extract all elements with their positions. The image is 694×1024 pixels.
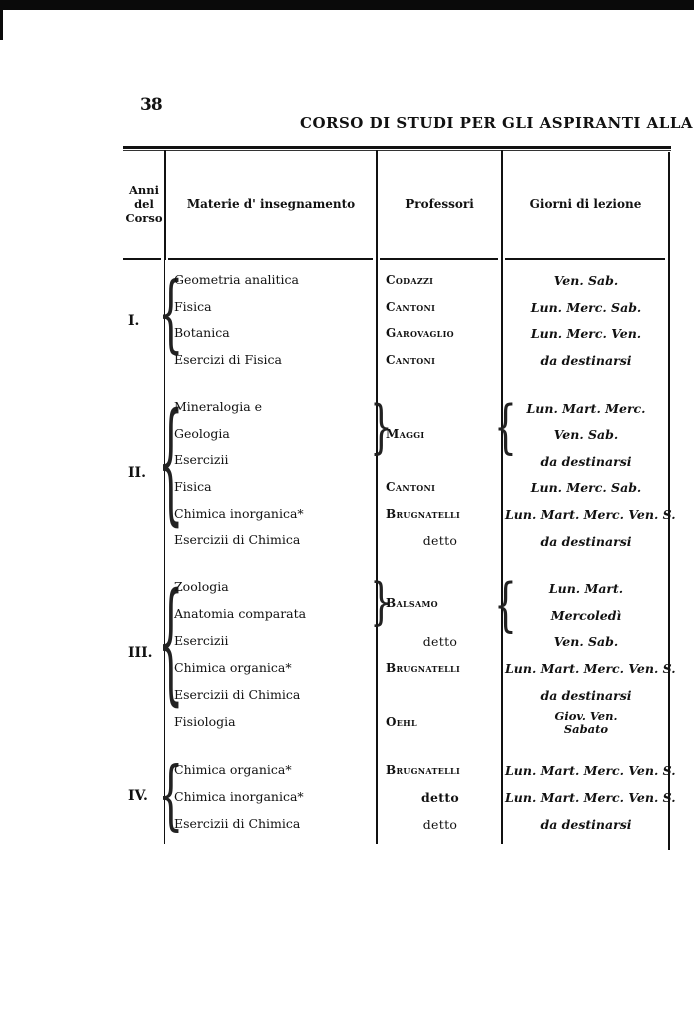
lesson-days: da destinarsi: [505, 454, 667, 469]
lesson-days: Lun. Merc. Ven.: [505, 326, 667, 341]
subject: Chimica organica*: [174, 660, 292, 675]
subject: Anatomia comparata: [174, 606, 306, 621]
subject: Esercizii di Chimica: [174, 687, 300, 702]
lesson-days: Ven. Sab.: [505, 634, 667, 649]
professor: detto: [380, 817, 500, 832]
professor: detto: [380, 634, 500, 649]
year-label: II.: [128, 465, 146, 481]
subject: Esercizii: [174, 452, 229, 467]
professor: Cantoni: [386, 300, 435, 314]
running-head: CORSO DI STUDI PER GLI ASPIRANTI ALLA: [300, 114, 693, 132]
professor: Garovaglio: [386, 326, 454, 340]
subject: Fisica: [174, 299, 212, 314]
header-professori: Professori: [378, 150, 501, 258]
lesson-days: Lun. Merc. Sab.: [505, 480, 667, 495]
header-rule: [123, 258, 161, 260]
page-number: 38: [140, 95, 162, 115]
year-label: IV.: [128, 788, 148, 804]
subject: Fisiologia: [174, 714, 236, 729]
scan-top-edge: [0, 0, 694, 10]
professor: Brugnatelli: [386, 763, 460, 777]
lesson-days: Ven. Sab.: [505, 273, 667, 288]
lesson-days: Mercoledì: [505, 608, 667, 623]
subject: Chimica organica*: [174, 762, 292, 777]
subject: Chimica inorganica*: [174, 506, 304, 521]
header-giorni: Giorni di lezione: [503, 150, 668, 258]
column-divider: [501, 260, 503, 844]
subject: Mineralogia e: [174, 399, 262, 414]
scan-left-edge: [0, 0, 3, 40]
professor: Brugnatelli: [386, 661, 460, 675]
subject: Chimica inorganica*: [174, 789, 304, 804]
header-anni-line: Anni: [125, 183, 162, 197]
header-rule: [168, 258, 373, 260]
lesson-days: da destinarsi: [505, 817, 667, 832]
professor: detto: [380, 533, 500, 548]
lesson-days: Lun. Mart. Merc.: [505, 401, 667, 416]
header-anni-line: del: [125, 197, 162, 211]
header-anni-del-corso: Anni del Corso: [123, 150, 165, 258]
professor: Cantoni: [386, 353, 435, 367]
subject: Botanica: [174, 325, 230, 340]
year-label: I.: [128, 313, 139, 329]
subject: Esercizii di Chimica: [174, 532, 300, 547]
header-rule: [505, 258, 665, 260]
professor: detto: [380, 790, 500, 805]
lesson-days: Lun. Mart.: [505, 581, 667, 596]
professor: Balsamo: [386, 596, 438, 610]
column-divider: [668, 152, 670, 260]
professor: Cantoni: [386, 480, 435, 494]
lesson-days: Lun. Merc. Sab.: [505, 300, 667, 315]
subject: Zoologia: [174, 579, 229, 594]
table-top-rule: [123, 146, 671, 149]
lesson-days: da destinarsi: [505, 534, 667, 549]
subject: Geologia: [174, 426, 230, 441]
lesson-days: da destinarsi: [505, 688, 667, 703]
professor: Brugnatelli: [386, 507, 460, 521]
subject: Fisica: [174, 479, 212, 494]
professor: Oehl: [386, 715, 417, 729]
lesson-days: Ven. Sab.: [505, 427, 667, 442]
header-materie: Materie d' insegnamento: [166, 150, 376, 258]
professor: Maggi: [386, 427, 424, 441]
subject: Esercizii di Chimica: [174, 816, 300, 831]
subject: Geometria analitica: [174, 272, 299, 287]
column-divider: [668, 260, 670, 850]
lesson-days: Lun. Mart. Merc. Ven. S.: [505, 790, 667, 805]
lesson-days: da destinarsi: [505, 353, 667, 368]
subject: Esercizi di Fisica: [174, 352, 282, 367]
lesson-days: Lun. Mart. Merc. Ven. S.: [505, 507, 667, 522]
column-divider: [376, 260, 378, 844]
header-anni-line: Corso: [125, 211, 162, 225]
lesson-days: Lun. Mart. Merc. Ven. S.: [505, 763, 667, 778]
header-rule: [380, 258, 498, 260]
lesson-days: Lun. Mart. Merc. Ven. S.: [505, 661, 667, 676]
year-label: III.: [128, 645, 153, 661]
lesson-days-continued: Sabato: [505, 723, 667, 736]
subject: Esercizii: [174, 633, 229, 648]
professor: Codazzi: [386, 273, 433, 287]
